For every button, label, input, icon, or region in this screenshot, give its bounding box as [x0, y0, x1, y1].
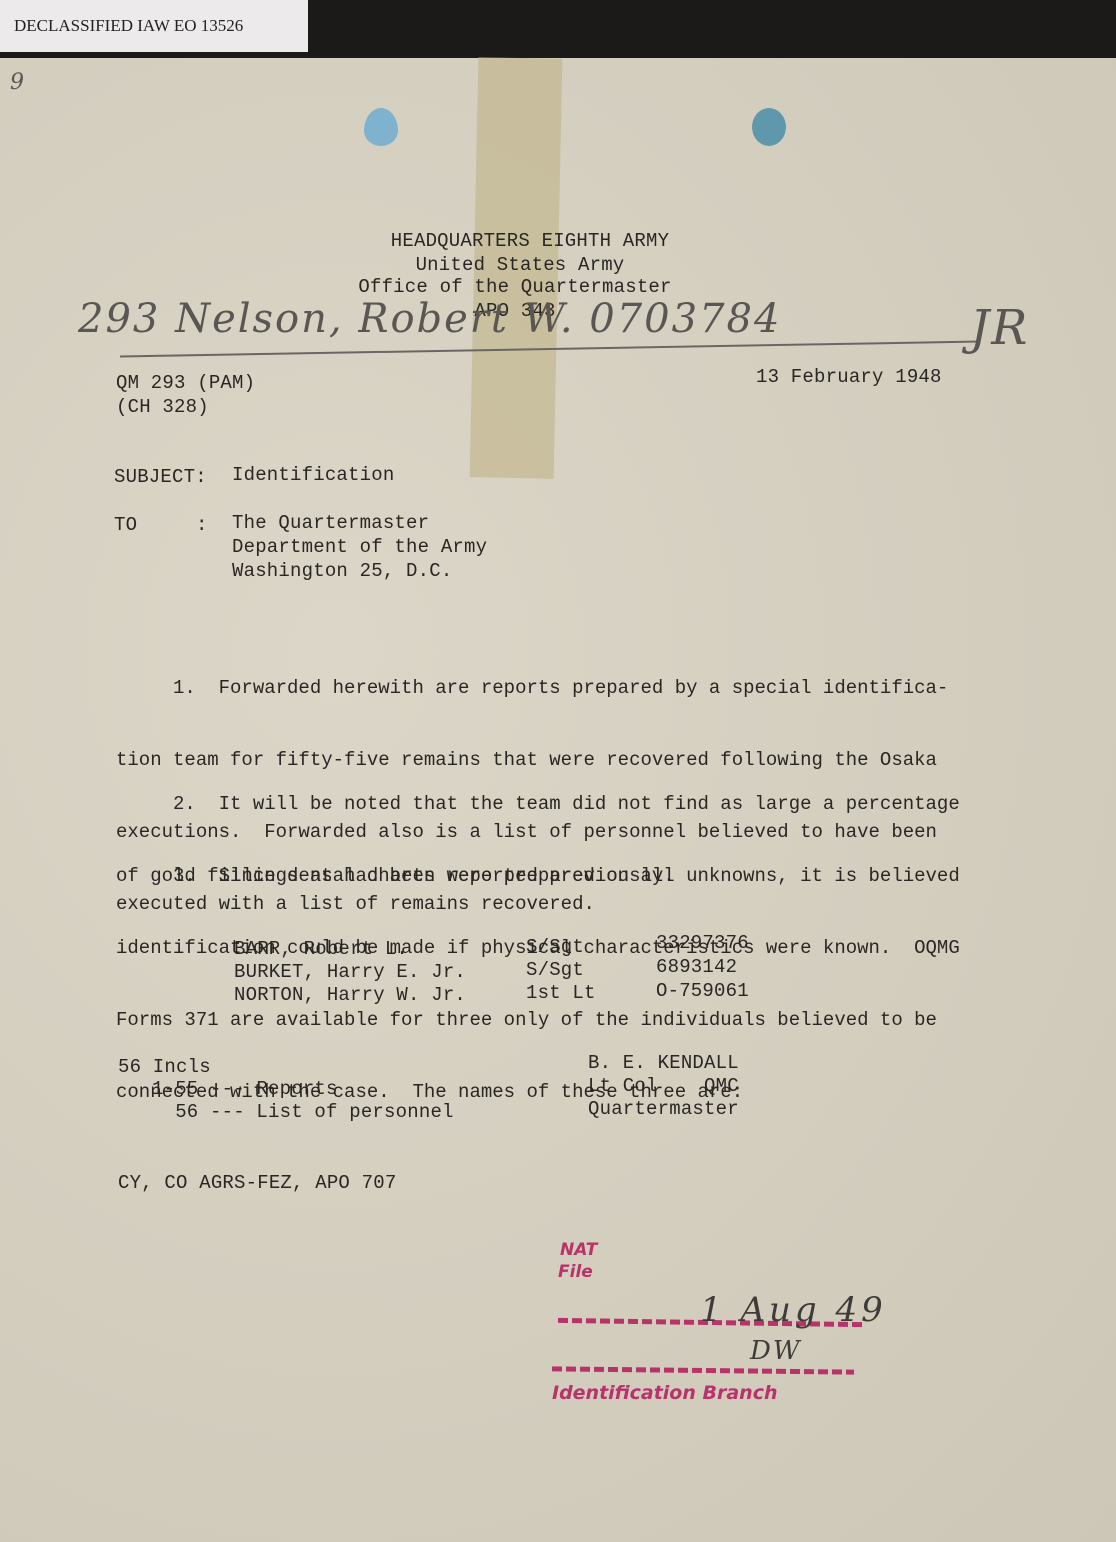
letterhead-line3: Office of the Quartermaster: [300, 276, 730, 298]
personnel-serial: 6893142: [656, 956, 737, 978]
to-line2: Department of the Army: [232, 536, 487, 558]
subject-value: Identification: [232, 464, 394, 486]
subject-label: SUBJECT:: [114, 466, 207, 488]
signature-title: Quartermaster: [588, 1098, 739, 1120]
handwritten-annotation: 293 Nelson, Robert W. 0703784: [78, 296, 781, 342]
paragraph-3-line: 3. Since dental charts were prepared on …: [116, 864, 1006, 888]
letterhead-line2: United States Army: [300, 254, 740, 276]
paragraph-1-line: 1. Forwarded herewith are reports prepar…: [116, 676, 1006, 700]
personnel-name: BARR, Robert L.: [234, 938, 408, 960]
letterhead-line1: HEADQUARTERS EIGHTH ARMY: [300, 230, 760, 252]
paragraph-3-line: Forms 371 are available for three only o…: [116, 1008, 1006, 1032]
punch-hole-left: [364, 108, 398, 146]
corner-mark: 9: [10, 70, 24, 95]
reference-line2: (CH 328): [116, 396, 209, 418]
to-line3: Washington 25, D.C.: [232, 560, 452, 582]
signature-name: B. E. KENDALL: [588, 1052, 739, 1074]
inclosure-item: 56 --- List of personnel: [152, 1101, 454, 1123]
personnel-name: BURKET, Harry E. Jr.: [234, 961, 466, 983]
letter-date: 13 February 1948: [756, 366, 942, 388]
personnel-serial: O-759061: [656, 980, 749, 1002]
copy-to-line: CY, CO AGRS-FEZ, APO 707: [118, 1172, 396, 1194]
stamp-line2: File: [558, 1262, 593, 1282]
paragraph-2-line: 2. It will be noted that the team did no…: [116, 792, 1006, 816]
signature-rank: Lt Col QMC: [588, 1075, 739, 1097]
declassified-text: DECLASSIFIED IAW EO 13526: [14, 16, 243, 36]
personnel-serial: 33297376: [656, 932, 749, 954]
stamp-line1: NAT: [560, 1240, 597, 1260]
to-colon: :: [196, 514, 208, 536]
inclosures-header: 56 Incls: [118, 1056, 211, 1078]
handwritten-initials: JR: [970, 300, 1029, 356]
stamp-handwritten-initials: DW: [750, 1336, 802, 1366]
to-label: TO: [114, 514, 137, 536]
stamp-handwritten-date: 1 Aug 49: [700, 1290, 887, 1330]
personnel-rank: 1st Lt: [526, 982, 596, 1004]
personnel-rank: S/Sgt: [526, 959, 584, 981]
reference-line1: QM 293 (PAM): [116, 372, 255, 394]
stamp-footer: Identification Branch: [552, 1382, 778, 1404]
declassified-banner: DECLASSIFIED IAW EO 13526: [0, 0, 308, 52]
inclosure-item: 1-55 --- Reports: [152, 1078, 338, 1100]
personnel-rank: S/Sgt: [526, 936, 584, 958]
personnel-name: NORTON, Harry W. Jr.: [234, 984, 466, 1006]
to-line1: The Quartermaster: [232, 512, 429, 534]
punch-hole-right: [752, 108, 786, 146]
